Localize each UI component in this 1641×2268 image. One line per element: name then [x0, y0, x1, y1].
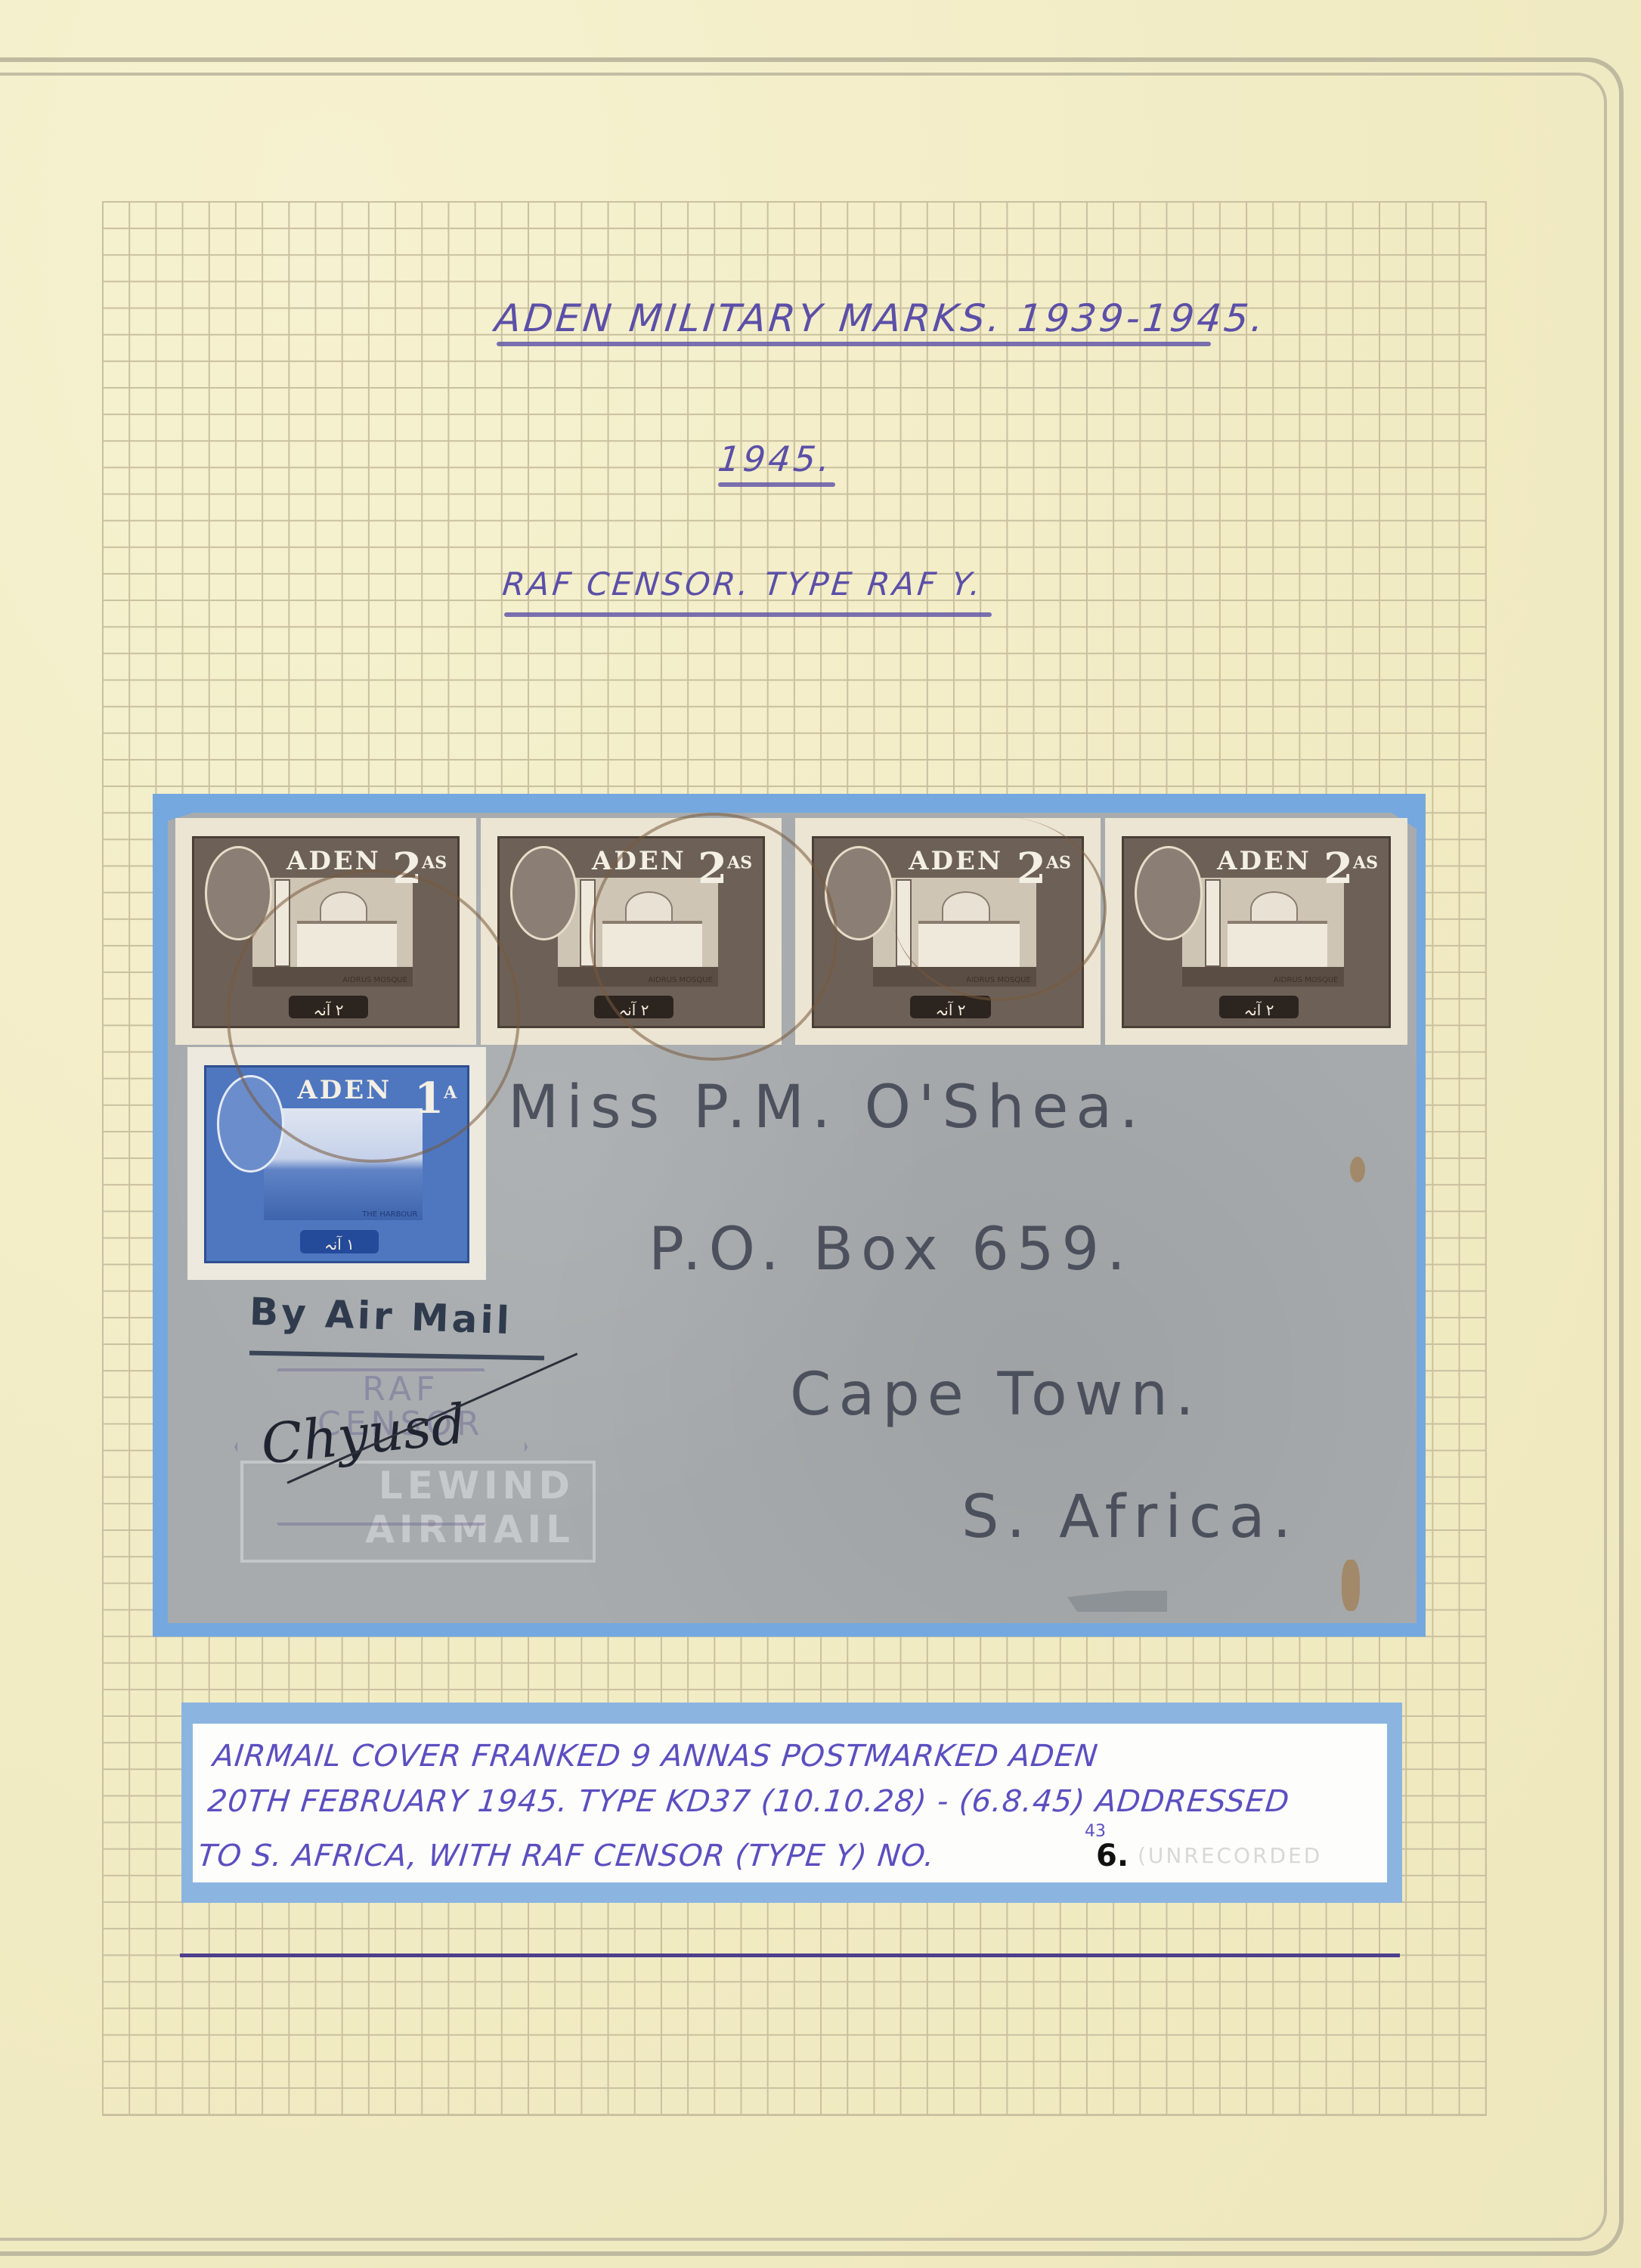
- page-year: 1945.: [716, 438, 834, 479]
- caption-line-2: 20th February 1945. Type KD37 (10.10.28)…: [206, 1784, 1292, 1819]
- postmark-right: [892, 816, 1107, 1001]
- king-portrait: [510, 846, 578, 940]
- album-page: Aden Military Marks. 1939-1945. 1945. RA…: [0, 0, 1641, 2268]
- stain: [1342, 1560, 1360, 1611]
- postmark-center: [590, 813, 838, 1061]
- title-underline: [497, 342, 1211, 346]
- censor-number: 6.: [1096, 1839, 1129, 1873]
- postmark-left: [227, 869, 520, 1163]
- page-subtitle: RAF Censor. Type RAF Y.: [500, 565, 985, 603]
- page-title: Aden Military Marks. 1939-1945.: [493, 296, 1268, 340]
- address-line-2: P.O. Box 659.: [649, 1216, 1133, 1284]
- caption-line-3: to S. Africa, with RAF Censor (Type Y) N…: [197, 1839, 937, 1873]
- subtitle-underline: [504, 612, 992, 617]
- stamp-2as-4[interactable]: ADEN 2AS AIDRUS MOSQUE ٢ آنہ: [1105, 818, 1407, 1045]
- pencil-note: (UNRECORDED: [1138, 1843, 1322, 1868]
- address-line-1: Miss P.M. O'Shea.: [508, 1074, 1146, 1142]
- stain: [1350, 1157, 1365, 1182]
- by-air-mail-label: By Air Mail: [249, 1290, 513, 1343]
- page-divider: [180, 1954, 1400, 1957]
- caption-line-1: Airmail cover franked 9 annas postmarked…: [212, 1739, 1100, 1774]
- year-underline: [718, 482, 835, 487]
- address-line-3: Cape Town.: [790, 1361, 1202, 1429]
- address-line-4: S. Africa.: [961, 1483, 1299, 1551]
- king-portrait: [1135, 846, 1203, 940]
